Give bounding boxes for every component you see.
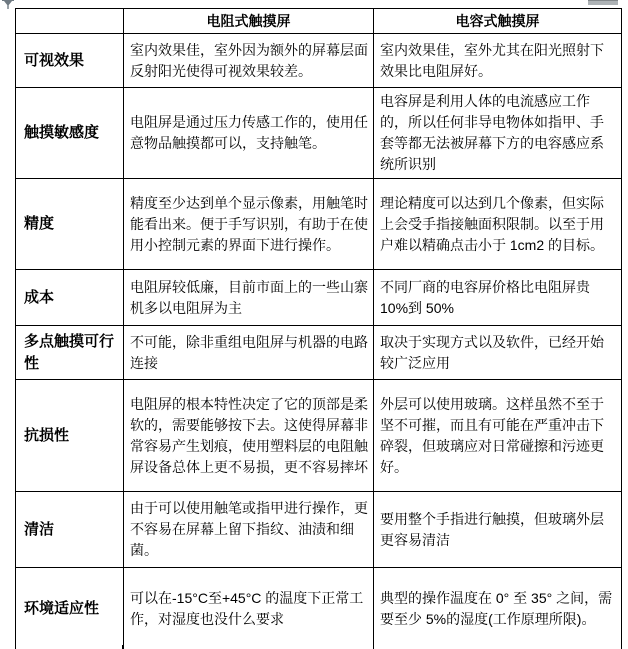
corner-header-cell xyxy=(16,9,124,34)
row-label: 环境适应性 xyxy=(16,568,124,649)
cell-capacitive: 不同厂商的电容屏价格比电阻屏贵10%到 50% xyxy=(374,270,622,326)
cell-resistive: 电阻屏的根本特性决定了它的顶部是柔软的，需要能够按下去。这使得屏幕非常容易产生划… xyxy=(124,380,374,492)
cell-resistive: 可以在-15°C至+45°C 的温度下正常工作，对湿度也没什么要求 xyxy=(124,568,374,649)
cell-resistive: 电阻屏是通过压力传感工作的，使用任意物品触摸都可以，支持触笔。 xyxy=(124,88,374,179)
row-label: 成本 xyxy=(16,270,124,326)
table-row-damage-resistance: 抗损性 电阻屏的根本特性决定了它的顶部是柔软的，需要能够按下去。这使得屏幕非常容… xyxy=(16,380,622,492)
cell-capacitive: 要用整个手指进行触摸，但玻璃外层更容易清洁 xyxy=(374,492,622,568)
table-row-precision: 精度 精度至少达到单个显示像素，用触笔时能看出来。便于手写识别，有助于在使用小控… xyxy=(16,179,622,270)
cell-capacitive: 理论精度可以达到几个像素，但实际上会受手指接触面积限制。以至于用户难以精确点击小… xyxy=(374,179,622,270)
row-label: 抗损性 xyxy=(16,380,124,492)
table-row-environment: 环境适应性 可以在-15°C至+45°C 的温度下正常工作，对湿度也没什么要求 … xyxy=(16,568,622,649)
table-next-row-fragment xyxy=(15,645,16,649)
column-header-capacitive: 电容式触摸屏 xyxy=(374,9,622,34)
header-row: 电阻式触摸屏 电容式触摸屏 xyxy=(16,9,622,34)
cell-resistive: 电阻屏较低廉，目前市面上的一些山寨机多以电阻屏为主 xyxy=(124,270,374,326)
row-label: 多点触摸可行性 xyxy=(16,326,124,380)
table-row-multitouch: 多点触摸可行性 不可能，除非重组电阻屏与机器的电路连接 取决于实现方式以及软件，… xyxy=(16,326,622,380)
row-label: 触摸敏感度 xyxy=(16,88,124,179)
table-row-visibility: 可视效果 室内效果佳，室外因为额外的屏幕层面反射阳光使得可视效果较差。 室内效果… xyxy=(16,34,622,88)
cell-capacitive: 取决于实现方式以及软件，已经开始较广泛应用 xyxy=(374,326,622,380)
table-row-cleaning: 清洁 由于可以使用触笔或指甲进行操作，更不容易在屏幕上留下指纹、油渍和细菌。 要… xyxy=(16,492,622,568)
cell-capacitive: 外层可以使用玻璃。这样虽然不至于坚不可摧，而且有可能在严重冲击下碎裂，但玻璃应对… xyxy=(374,380,622,492)
cell-resistive: 精度至少达到单个显示像素，用触笔时能看出来。便于手写识别，有助于在使用小控制元素… xyxy=(124,179,374,270)
table-row-touch-sensitivity: 触摸敏感度 电阻屏是通过压力传感工作的，使用任意物品触摸都可以，支持触笔。 电容… xyxy=(16,88,622,179)
cell-resistive: 由于可以使用触笔或指甲进行操作，更不容易在屏幕上留下指纹、油渍和细菌。 xyxy=(124,492,374,568)
table-row-cost: 成本 电阻屏较低廉，目前市面上的一些山寨机多以电阻屏为主 不同厂商的电容屏价格比… xyxy=(16,270,622,326)
row-label: 清洁 xyxy=(16,492,124,568)
table-next-row-fragment xyxy=(122,645,123,649)
row-label: 可视效果 xyxy=(16,34,124,88)
cell-capacitive: 室内效果佳，室外尤其在阳光照射下效果比电阻屏好。 xyxy=(374,34,622,88)
touchscreen-comparison-table: 电阻式触摸屏 电容式触摸屏 可视效果 室内效果佳，室外因为额外的屏幕层面反射阳光… xyxy=(15,8,622,649)
cell-capacitive: 电容屏是利用人体的电流感应工作的，所以任何非导电物体如指甲、手套等都无法被屏幕下… xyxy=(374,88,622,179)
column-header-resistive: 电阻式触摸屏 xyxy=(124,9,374,34)
cell-resistive: 室内效果佳，室外因为额外的屏幕层面反射阳光使得可视效果较差。 xyxy=(124,34,374,88)
cropped-ui-fragment[interactable] xyxy=(588,0,618,5)
cell-capacitive: 典型的操作温度在 0° 至 35° 之间，需要至少 5%的湿度(工作原理所限)。 xyxy=(374,568,622,649)
cell-resistive: 不可能，除非重组电阻屏与机器的电路连接 xyxy=(124,326,374,380)
row-label: 精度 xyxy=(16,179,124,270)
